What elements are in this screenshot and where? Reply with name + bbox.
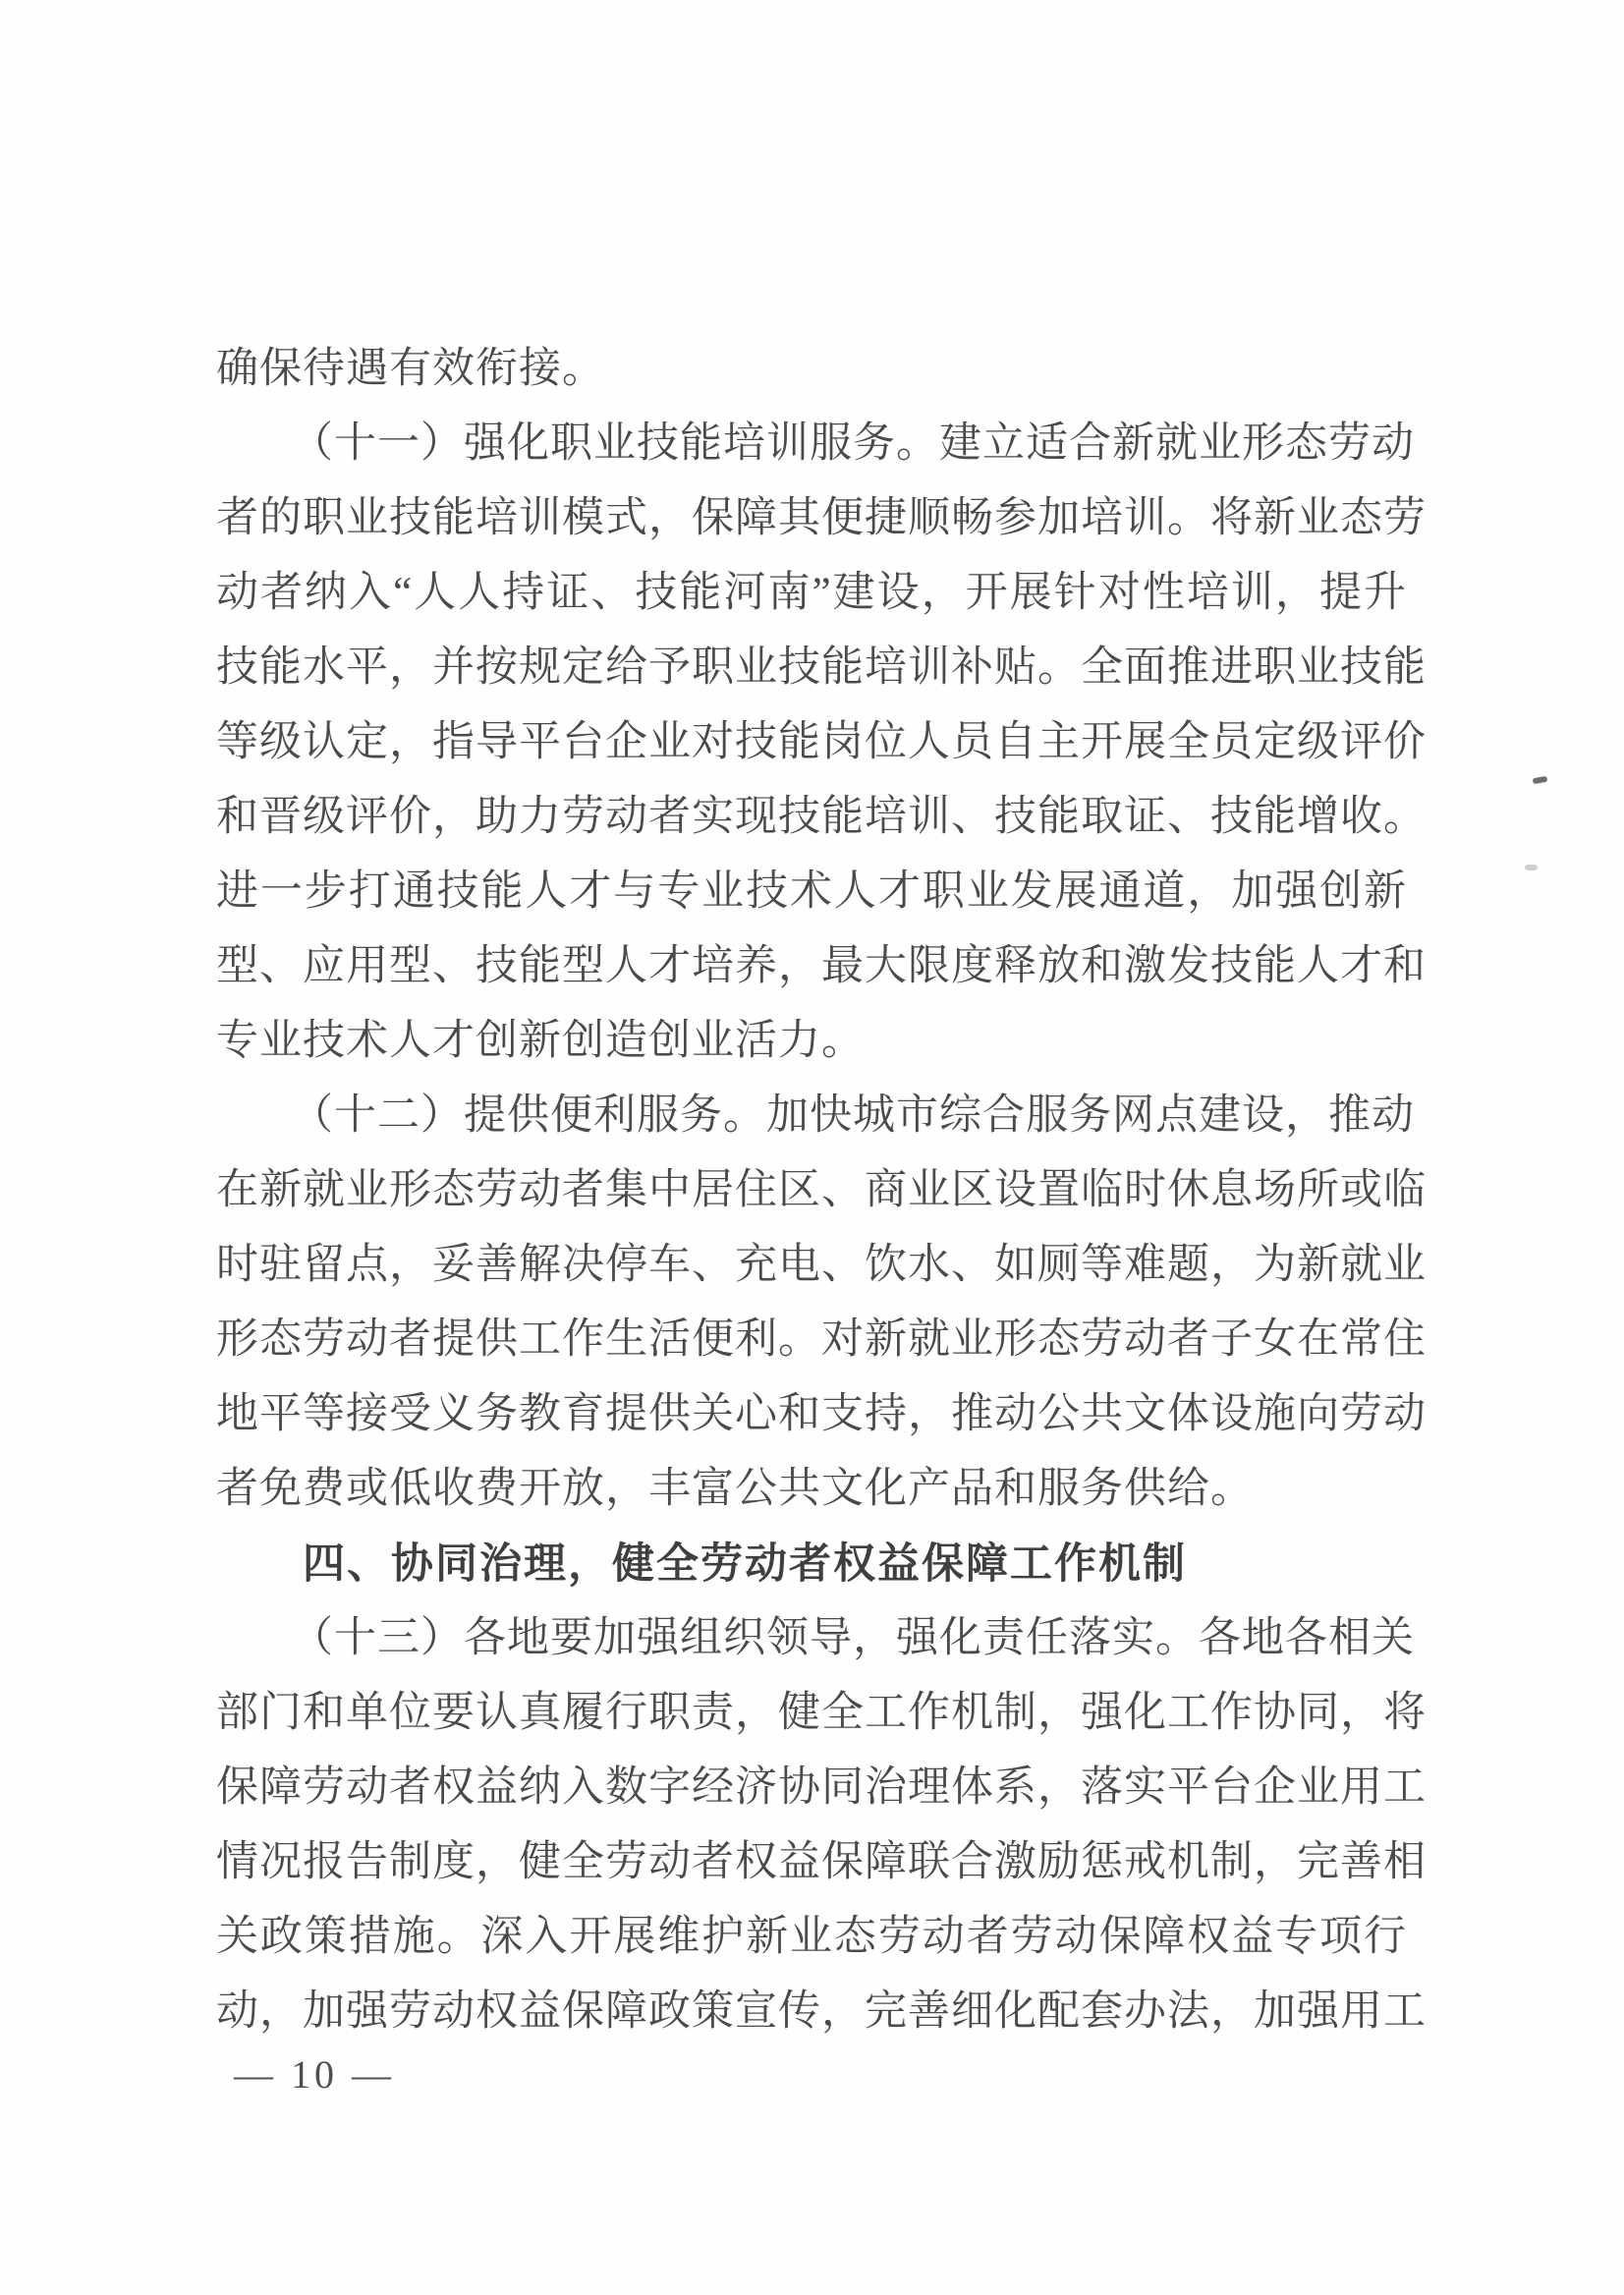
body-line: 情况报告制度，健全劳动者权益保障联合激励惩戒机制，完善相	[216, 1825, 1407, 1900]
document-body: 确保待遇有效衔接。 （十一）强化职业技能培训服务。建立适合新就业形态劳动 者的职…	[216, 332, 1407, 2049]
body-line: 地平等接受义务教育提供关心和支持，推动公共文体设施向劳动	[216, 1377, 1407, 1452]
body-line: 时驻留点，妥善解决停车、充电、饮水、如厕等难题，为新就业	[216, 1228, 1407, 1303]
body-line: 者的职业技能培训模式，保障其便捷顺畅参加培训。将新业态劳	[216, 481, 1407, 556]
page-footer: — 10 —	[234, 2049, 395, 2100]
body-line: （十三）各地要加强组织领导，强化责任落实。各地各相关	[216, 1601, 1407, 1676]
body-line: 技能水平，并按规定给予职业技能培训补贴。全面推进职业技能	[216, 631, 1407, 705]
body-line: （十一）强化职业技能培训服务。建立适合新就业形态劳动	[216, 407, 1407, 481]
scan-artifact	[1533, 776, 1548, 785]
body-line: 动者纳入“人人持证、技能河南”建设，开展针对性培训，提升	[216, 556, 1407, 631]
body-line: 进一步打通技能人才与专业技术人才职业发展通道，加强创新	[216, 855, 1407, 929]
body-line: 在新就业形态劳动者集中居住区、商业区设置临时休息场所或临	[216, 1153, 1407, 1228]
body-line: 者免费或低收费开放，丰富公共文化产品和服务供给。	[216, 1452, 1407, 1527]
body-line: 型、应用型、技能型人才培养，最大限度释放和激发技能人才和	[216, 929, 1407, 1004]
body-line: 和晋级评价，助力劳动者实现技能培训、技能取证、技能增收。	[216, 780, 1407, 855]
document-page: 确保待遇有效衔接。 （十一）强化职业技能培训服务。建立适合新就业形态劳动 者的职…	[0, 0, 1624, 2295]
scan-artifact	[1525, 865, 1538, 870]
body-line: 部门和单位要认真履行职责，健全工作机制，强化工作协同，将	[216, 1676, 1407, 1751]
body-line: 专业技术人才创新创造创业活力。	[216, 1004, 1407, 1079]
page-number: — 10 —	[234, 2052, 395, 2097]
body-line: 确保待遇有效衔接。	[216, 332, 1407, 407]
body-line: 关政策措施。深入开展维护新业态劳动者劳动保障权益专项行	[216, 1900, 1407, 1975]
section-heading: 四、协同治理，健全劳动者权益保障工作机制	[216, 1527, 1407, 1601]
body-line: 动，加强劳动权益保障政策宣传，完善细化配套办法，加强用工	[216, 1975, 1407, 2049]
body-line: （十二）提供便利服务。加快城市综合服务网点建设，推动	[216, 1079, 1407, 1153]
body-line: 形态劳动者提供工作生活便利。对新就业形态劳动者子女在常住	[216, 1303, 1407, 1377]
body-line: 等级认定，指导平台企业对技能岗位人员自主开展全员定级评价	[216, 705, 1407, 780]
body-line: 保障劳动者权益纳入数字经济协同治理体系，落实平台企业用工	[216, 1751, 1407, 1825]
